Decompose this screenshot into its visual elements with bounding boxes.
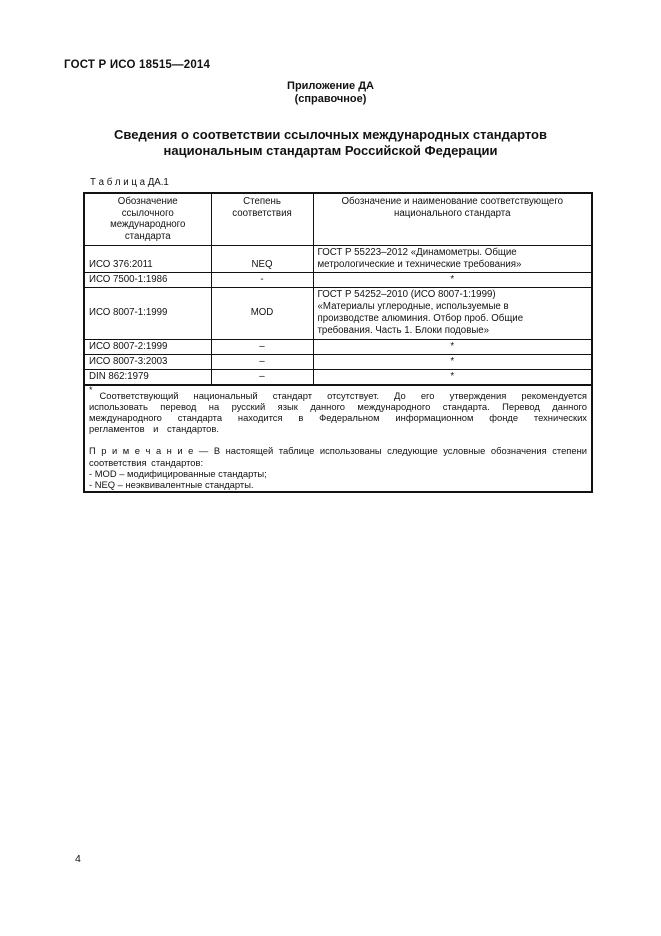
header-national-line: национального стандарта <box>318 208 588 220</box>
header-national: Обозначение и наименование соответствующ… <box>313 193 592 245</box>
national-cell: * <box>313 339 592 354</box>
table-header-row: Обозначение ссылочного международного ст… <box>84 193 592 245</box>
table-row: ИСО 376:2011 NEQ ГОСТ Р 55223–2012 «Дина… <box>84 245 592 272</box>
std-cell: ИСО 8007-1:1999 <box>84 287 211 339</box>
degree-cell: – <box>211 354 313 369</box>
table-row: ИСО 8007-3:2003 – * <box>84 354 592 369</box>
degree-cell: NEQ <box>211 245 313 272</box>
page-title-line2: национальным стандартам Российской Федер… <box>0 143 661 159</box>
header-standard-line: Обозначение <box>89 196 207 208</box>
note-item-mod: - MOD – модифицированные стандарты; <box>89 468 587 479</box>
correspondence-table: Обозначение ссылочного международного ст… <box>83 192 593 493</box>
table-row: ИСО 8007-2:1999 – * <box>84 339 592 354</box>
annex-heading: Приложение ДА (справочное) <box>0 80 661 106</box>
header-degree-line: соответствия <box>216 208 309 220</box>
header-degree: Степень соответствия <box>211 193 313 245</box>
doc-code: ГОСТ Р ИСО 18515—2014 <box>64 59 210 71</box>
header-national-line: Обозначение и наименование соответствующ… <box>318 196 588 208</box>
national-line: метрологические и технические требования… <box>318 259 588 271</box>
table-row: DIN 862:1979 – * <box>84 369 592 385</box>
national-cell: ГОСТ Р 54252–2010 (ИСО 8007-1:1999) «Мат… <box>313 287 592 339</box>
annex-label: Приложение ДА <box>0 80 661 93</box>
std-cell: DIN 862:1979 <box>84 369 211 385</box>
national-cell: ГОСТ Р 55223–2012 «Динамометры. Общие ме… <box>313 245 592 272</box>
page-title-line1: Сведения о соответствии ссылочных междун… <box>0 127 661 143</box>
header-standard-line: международного <box>89 219 207 231</box>
degree-cell: – <box>211 339 313 354</box>
table-footnote: *Соответствующий национальный стандарт о… <box>89 387 587 435</box>
national-cell: * <box>313 272 592 287</box>
degree-cell: - <box>211 272 313 287</box>
footnote-row: *Соответствующий национальный стандарт о… <box>84 385 592 493</box>
std-cell: ИСО 8007-2:1999 <box>84 339 211 354</box>
annex-type: (справочное) <box>0 93 661 106</box>
national-line: «Материалы углеродные, используемые в <box>318 301 588 313</box>
note-item-neq: - NEQ – неэквивалентные стандарты. <box>89 479 587 490</box>
national-line: требования. Часть 1. Блоки подовые» <box>318 325 588 337</box>
std-cell: ИСО 8007-3:2003 <box>84 354 211 369</box>
table-caption: Т а б л и ц а ДА.1 <box>90 177 169 188</box>
table-row: ИСО 7500-1:1986 - * <box>84 272 592 287</box>
national-line: ГОСТ Р 55223–2012 «Динамометры. Общие <box>318 247 588 259</box>
std-cell: ИСО 376:2011 <box>84 245 211 272</box>
degree-cell: MOD <box>211 287 313 339</box>
table-note: П р и м е ч а н и е — В настоящей таблиц… <box>89 445 587 467</box>
page-title: Сведения о соответствии ссылочных междун… <box>0 127 661 159</box>
table-row: ИСО 8007-1:1999 MOD ГОСТ Р 54252–2010 (И… <box>84 287 592 339</box>
header-degree-line: Степень <box>216 196 309 208</box>
document-page: ГОСТ Р ИСО 18515—2014 Приложение ДА (спр… <box>0 0 661 936</box>
header-standard-line: ссылочного <box>89 208 207 220</box>
page-number: 4 <box>75 853 81 865</box>
national-line: ГОСТ Р 54252–2010 (ИСО 8007-1:1999) <box>318 289 588 301</box>
national-cell: * <box>313 354 592 369</box>
footnote-text: Соответствующий национальный стандарт от… <box>89 390 587 435</box>
header-standard: Обозначение ссылочного международного ст… <box>84 193 211 245</box>
header-standard-line: стандарта <box>89 231 207 243</box>
degree-cell: – <box>211 369 313 385</box>
std-cell: ИСО 7500-1:1986 <box>84 272 211 287</box>
national-line: производстве алюминия. Отбор проб. Общие <box>318 313 588 325</box>
footnote-cell: *Соответствующий национальный стандарт о… <box>84 385 592 493</box>
footnote-marker: * <box>89 385 93 395</box>
national-cell: * <box>313 369 592 385</box>
